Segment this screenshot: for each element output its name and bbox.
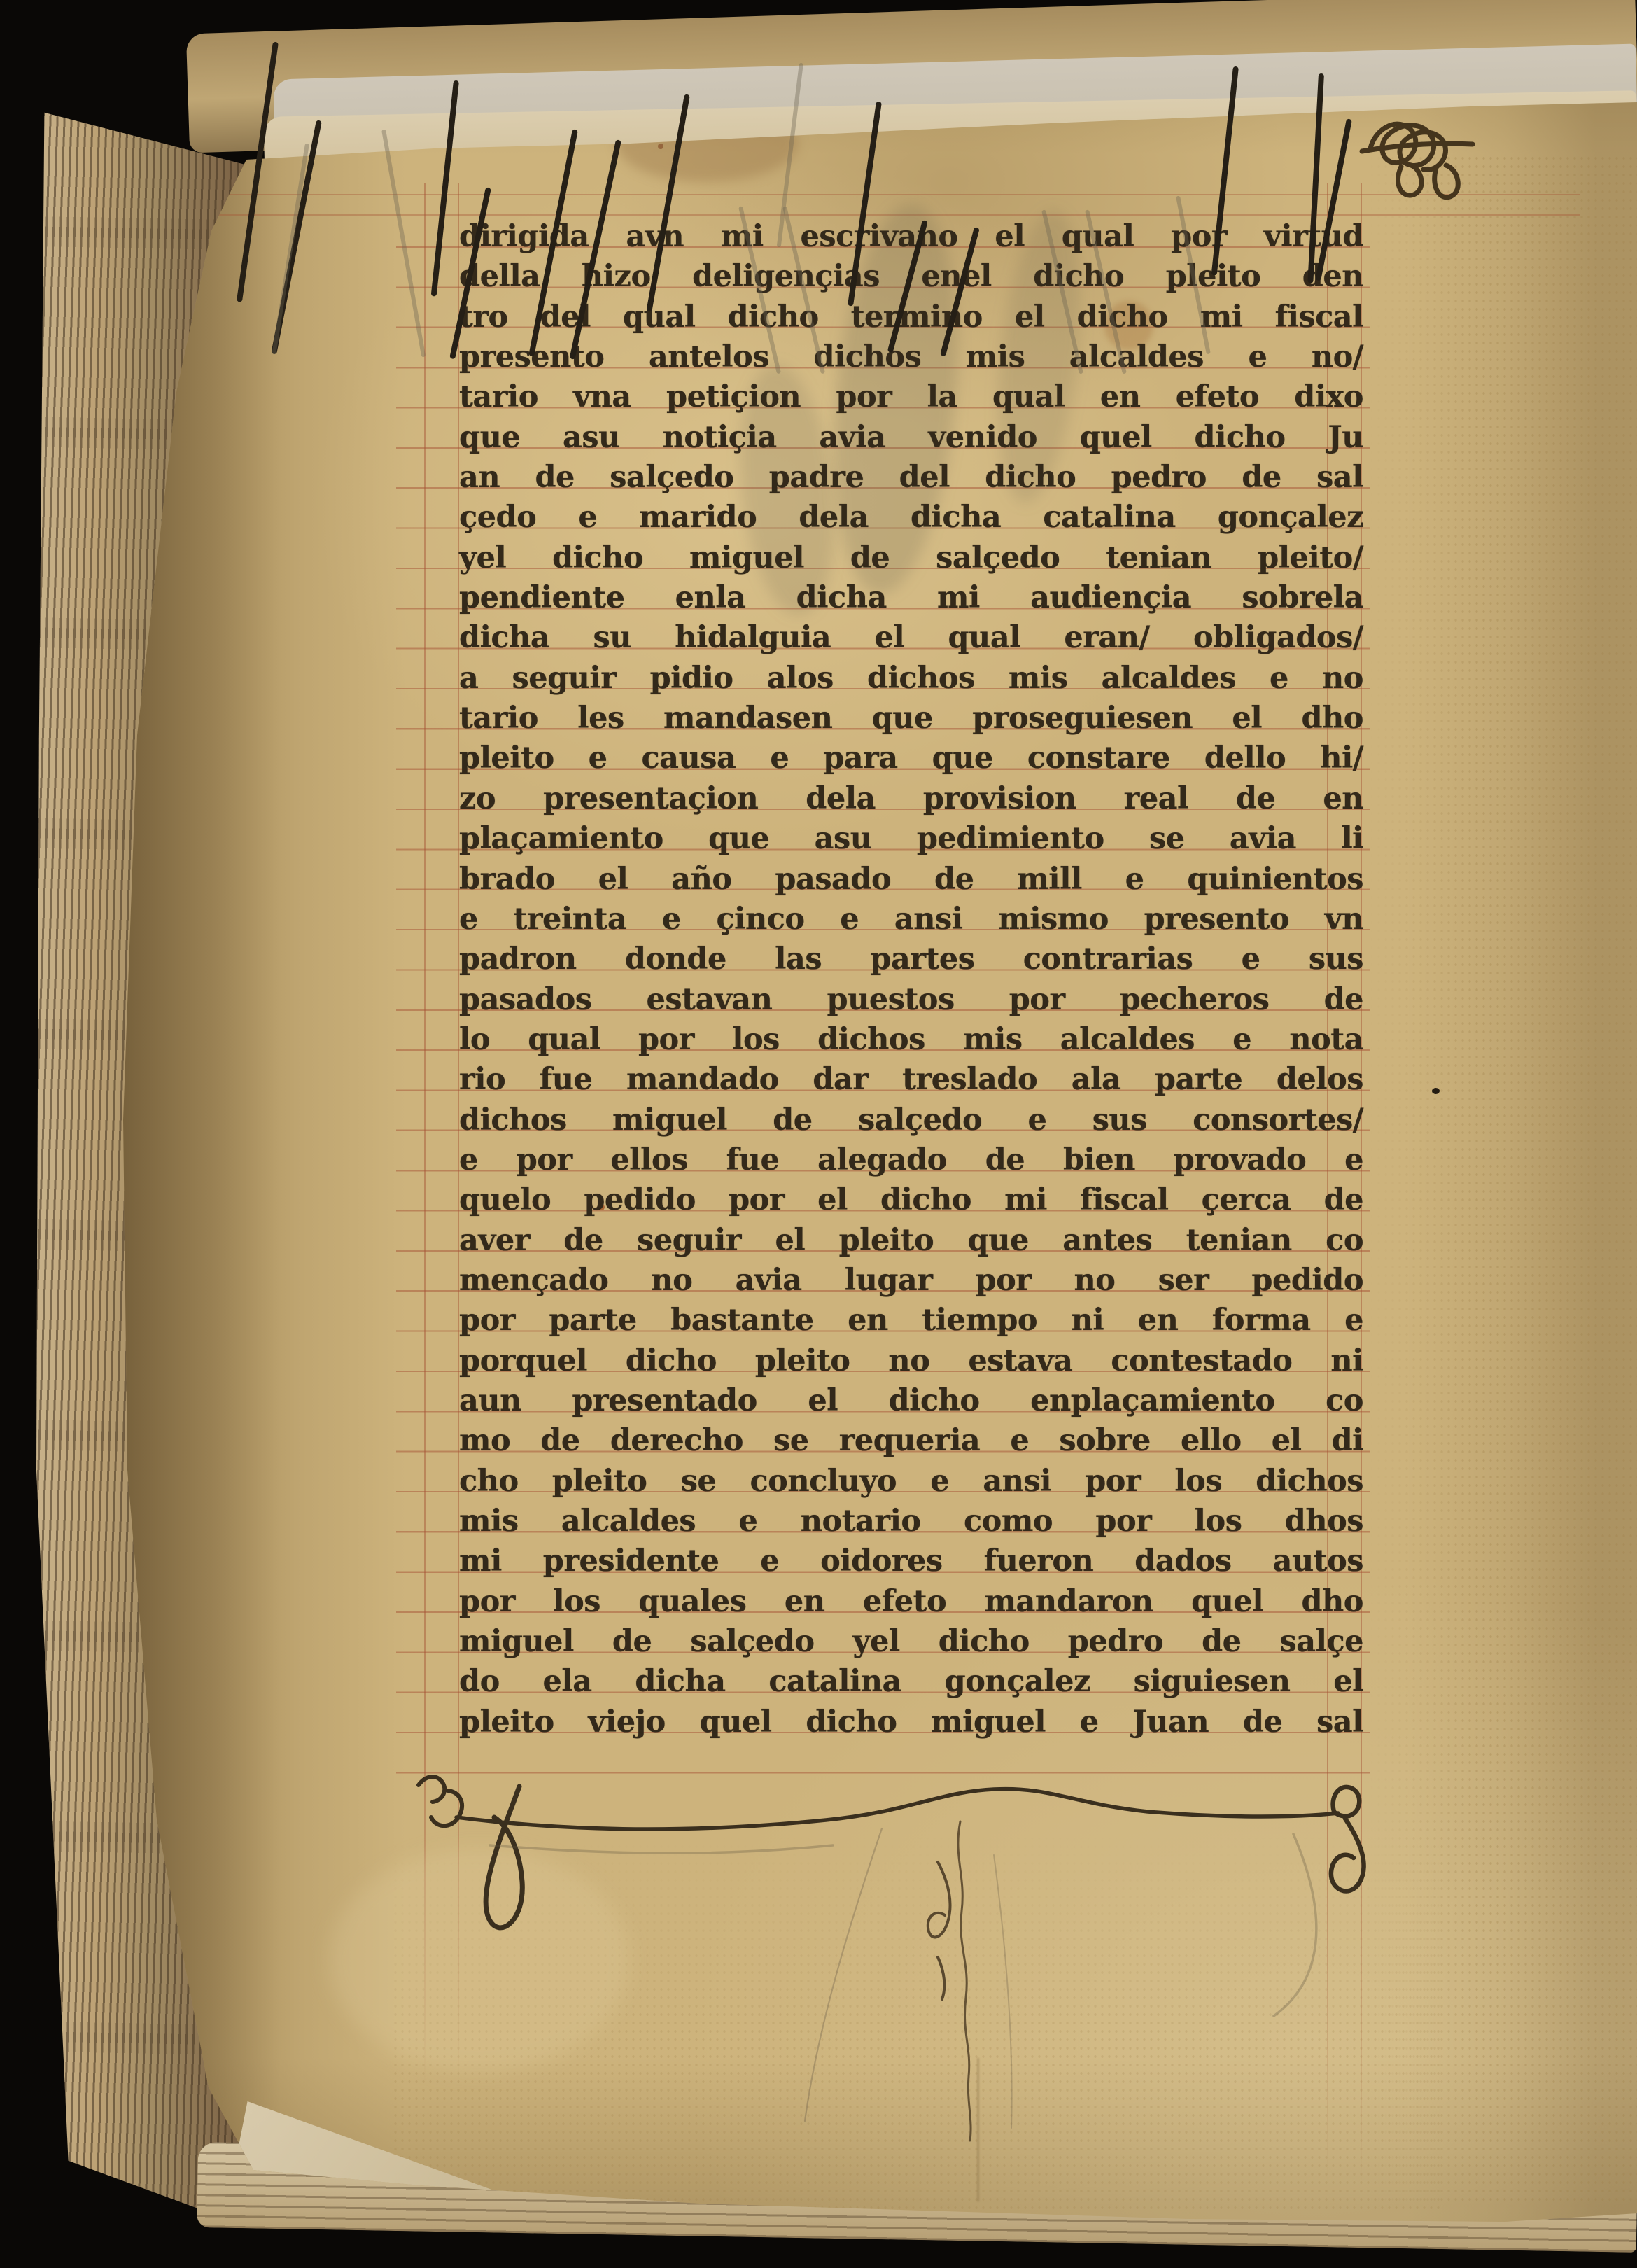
manuscript-line: mo de derecho se requeria e sobre ello e… bbox=[459, 1421, 1363, 1461]
manuscript-line: dichos miguel de salçedo e sus consortes… bbox=[459, 1100, 1363, 1140]
ruling-left-margin-line-1 bbox=[424, 183, 426, 2087]
manuscript-line: dicha su hidalguia el qual eran/ obligad… bbox=[459, 618, 1363, 658]
manuscript-line: pasados estavan puestos por pecheros de bbox=[459, 980, 1363, 1020]
manuscript-line: e treinta e çinco e ansi mismo presento … bbox=[459, 899, 1363, 939]
manuscript-line: mis alcaldes e notario como por los dhos bbox=[459, 1501, 1363, 1541]
manuscript-line: cho pleito se concluyo e ansi por los di… bbox=[459, 1462, 1363, 1501]
manuscript-line: do ela dicha catalina gonçalez siguiesen… bbox=[459, 1662, 1363, 1702]
light-patch bbox=[329, 1848, 630, 2072]
manuscript-line: presento antelos dichos mis alcaldes e n… bbox=[459, 337, 1363, 377]
manuscript-line: brado el año pasado de mill e quinientos bbox=[459, 860, 1363, 899]
manuscript-line: plaçamiento que asu pedimiento se avia l… bbox=[459, 819, 1363, 859]
parchment-leaf: dirigida avn mi escrivano el qual por vi… bbox=[0, 0, 1637, 2268]
manuscript-line: por los quales en efeto mandaron quel dh… bbox=[459, 1582, 1363, 1622]
manuscript-line: porquel dicho pleito no estava contestad… bbox=[459, 1341, 1363, 1381]
manuscript-line: çedo e marido dela dicha catalina gonçal… bbox=[459, 498, 1363, 538]
manuscript-line: rio fue mandado dar treslado ala parte d… bbox=[459, 1060, 1363, 1100]
manuscript-line: padron donde las partes contrarias e sus bbox=[459, 939, 1363, 979]
manuscript-line: mi presidente e oidores fueron dados aut… bbox=[459, 1541, 1363, 1581]
ruling-top-line-2 bbox=[90, 214, 1580, 216]
rust-speck bbox=[658, 143, 663, 149]
manuscript-line: yel dicho miguel de salçedo tenian pleit… bbox=[459, 538, 1363, 578]
manuscript-photograph: dirigida avn mi escrivano el qual por vi… bbox=[0, 0, 1637, 2268]
manuscript-line: tro del qual dicho termino el dicho mi f… bbox=[459, 297, 1363, 337]
ink-dot bbox=[1432, 1088, 1440, 1094]
manuscript-line: tario les mandasen que proseguiesen el d… bbox=[459, 699, 1363, 738]
manuscript-line: an de salçedo padre del dicho pedro de s… bbox=[459, 458, 1363, 498]
parchment-crease bbox=[977, 2058, 979, 2201]
manuscript-line: que asu notiçia avia venido quel dicho J… bbox=[459, 418, 1363, 458]
manuscript-line: tario vna petiçion por la qual en efeto … bbox=[459, 377, 1363, 417]
manuscript-line: aun presentado el dicho enplaçamiento co bbox=[459, 1381, 1363, 1421]
manuscript-line: zo presentaçion dela provision real de e… bbox=[459, 779, 1363, 819]
manuscript-line: miguel de salçedo yel dicho pedro de sal… bbox=[459, 1622, 1363, 1662]
ruling-top-line-1 bbox=[90, 194, 1580, 195]
manuscript-line: a seguir pidio alos dichos mis alcaldes … bbox=[459, 659, 1363, 699]
manuscript-line: por parte bastante en tiempo ni en forma… bbox=[459, 1301, 1363, 1340]
manuscript-line: mençado no avia lugar por no ser pedido bbox=[459, 1261, 1363, 1301]
manuscript-line: pleito e causa e para que constare dello… bbox=[459, 738, 1363, 778]
manuscript-line: pleito viejo quel dicho miguel e Juan de… bbox=[459, 1702, 1363, 1742]
manuscript-text-block: dirigida avn mi escrivano el qual por vi… bbox=[459, 217, 1363, 1742]
manuscript-line: quelo pedido por el dicho mi fiscal çerc… bbox=[459, 1180, 1363, 1220]
manuscript-line: lo qual por los dichos mis alcaldes e no… bbox=[459, 1020, 1363, 1060]
manuscript-line: e por ellos fue alegado de bien provado … bbox=[459, 1140, 1363, 1180]
manuscript-line: aver de seguir el pleito que antes tenia… bbox=[459, 1221, 1363, 1261]
manuscript-line: pendiente enla dicha mi audiençia sobrel… bbox=[459, 578, 1363, 618]
